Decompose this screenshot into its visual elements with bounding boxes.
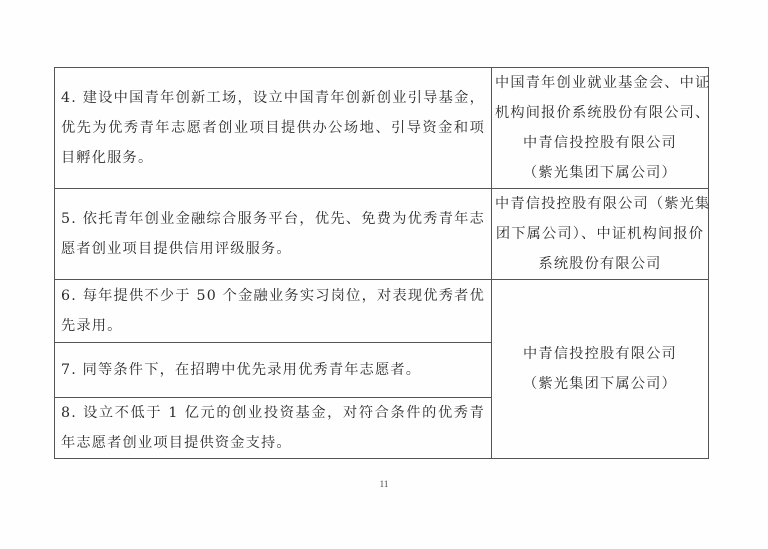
provider-line: （紫光集团下属公司） [495,369,705,399]
table-row: 5. 依托青年创业金融综合服务平台，优先、免费为优秀青年志愿者创业项目提供信用评… [55,189,709,280]
measure-cell: 6. 每年提供不少于 50 个金融业务实习岗位，对表现优秀者优先录用。 [55,280,492,343]
provider-line: 中青信投控股有限公司（紫光集 [495,189,705,219]
provider-line: 机构间报价系统股份有限公司、 [495,98,705,128]
document-page: 4. 建设中国青年创新工场，设立中国青年创新创业引导基金，优先为优秀青年志愿者创… [0,0,768,549]
provider-cell-merged: 中青信投控股有限公司 （紫光集团下属公司） [492,280,709,459]
provider-line: 中国青年创业就业基金会、中证 [495,68,705,98]
provider-line: 中青信投控股有限公司 [495,339,705,369]
measure-cell: 8. 设立不低于 1 亿元的创业投资基金，对符合条件的优秀青年志愿者创业项目提供… [55,398,492,459]
provider-line: 团下属公司）、中证机构间报价 [495,219,705,249]
provider-line: （紫光集团下属公司） [495,158,705,188]
provider-cell: 中青信投控股有限公司（紫光集 团下属公司）、中证机构间报价 系统股份有限公司 [492,189,709,280]
provider-cell: 中国青年创业就业基金会、中证 机构间报价系统股份有限公司、 中青信投控股有限公司… [492,68,709,189]
measure-cell: 5. 依托青年创业金融综合服务平台，优先、免费为优秀青年志愿者创业项目提供信用评… [55,189,492,280]
page-number: 11 [0,479,768,489]
measure-cell: 7. 同等条件下，在招聘中优先录用优秀青年志愿者。 [55,343,492,398]
measure-cell: 4. 建设中国青年创新工场，设立中国青年创新创业引导基金，优先为优秀青年志愿者创… [55,68,492,189]
measures-table: 4. 建设中国青年创新工场，设立中国青年创新创业引导基金，优先为优秀青年志愿者创… [54,67,709,459]
provider-line: 中青信投控股有限公司 [495,128,705,158]
table-row: 6. 每年提供不少于 50 个金融业务实习岗位，对表现优秀者优先录用。 中青信投… [55,280,709,343]
provider-line: 系统股份有限公司 [495,249,705,279]
table-row: 4. 建设中国青年创新工场，设立中国青年创新创业引导基金，优先为优秀青年志愿者创… [55,68,709,189]
